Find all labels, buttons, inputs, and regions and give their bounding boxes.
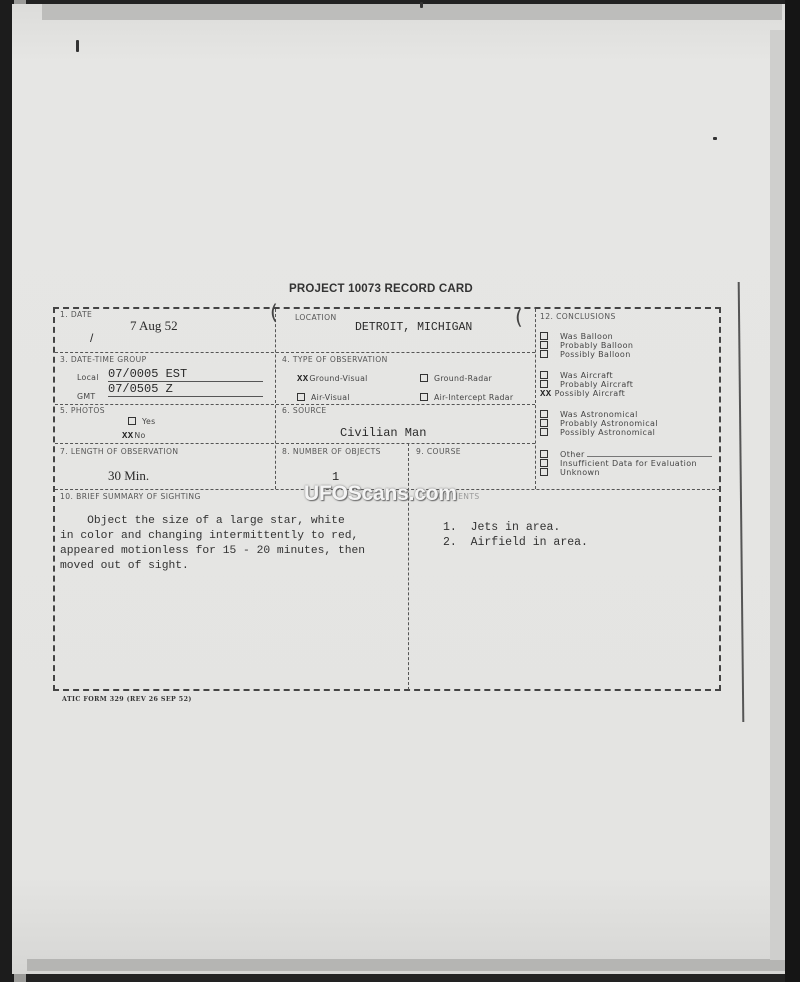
- card-title: PROJECT 10073 RECORD CARD: [289, 283, 473, 295]
- number-of-objects-label: 8. NUMBER OF OBJECTS: [282, 447, 381, 456]
- conclusion-possibly-balloon[interactable]: Possibly Balloon: [540, 350, 631, 359]
- option-air-intercept-radar[interactable]: Air-Intercept Radar: [420, 393, 513, 402]
- local-time-label: Local: [77, 373, 99, 382]
- checkbox-icon: [540, 459, 548, 467]
- checkbox-icon: [540, 410, 548, 418]
- observation-type-label: 4. TYPE OF OBSERVATION: [282, 355, 388, 364]
- conclusion-was-aircraft[interactable]: Was Aircraft: [540, 371, 613, 380]
- checkbox-icon: [540, 341, 548, 349]
- gmt-time-label: GMT: [77, 392, 95, 401]
- location-label: LOCATION: [295, 313, 337, 322]
- conclusion-possibly-aircraft[interactable]: XXPossibly Aircraft: [540, 389, 625, 399]
- option-photos-no[interactable]: XXNo: [122, 431, 146, 441]
- gmt-time-value: 07/0505 Z: [108, 382, 263, 397]
- scan-right-shadow: [770, 30, 785, 960]
- checkbox-icon: [420, 393, 428, 401]
- checkbox-icon: [540, 380, 548, 388]
- checkbox-icon: [297, 393, 305, 401]
- checkbox-icon: [540, 450, 548, 458]
- check-mark: XX: [122, 431, 133, 441]
- comment-item: 1. Jets in area.: [443, 520, 588, 535]
- conclusion-possibly-astronomical[interactable]: Possibly Astronomical: [540, 428, 655, 437]
- source-value: Civilian Man: [340, 426, 426, 440]
- length-value: 30 Min.: [108, 468, 149, 484]
- punch-hole-mark: (: [270, 300, 278, 324]
- checkbox-icon: [128, 417, 136, 425]
- scan-speck: [713, 137, 717, 140]
- location-value: DETROIT, MICHIGAN: [355, 321, 472, 334]
- checkbox-icon: [420, 374, 428, 382]
- conclusions-label: 12. CONCLUSIONS: [540, 312, 616, 321]
- conclusion-probably-astronomical[interactable]: Probably Astronomical: [540, 419, 658, 428]
- conclusion-other[interactable]: Other: [540, 450, 712, 459]
- option-ground-visual[interactable]: XXGround-Visual: [297, 374, 368, 384]
- other-blank-line: [587, 456, 712, 457]
- checkbox-icon: [540, 419, 548, 427]
- check-mark: XX: [540, 389, 552, 399]
- option-ground-radar[interactable]: Ground-Radar: [420, 374, 492, 383]
- conclusion-was-balloon[interactable]: Was Balloon: [540, 332, 613, 341]
- row-divider: [55, 352, 535, 353]
- column-divider: [408, 443, 409, 690]
- summary-text: Object the size of a large star, white i…: [60, 514, 405, 574]
- checkbox-icon: [540, 332, 548, 340]
- checkbox-icon: [540, 371, 548, 379]
- date-value: 7 Aug 52: [130, 318, 178, 334]
- check-mark: XX: [297, 374, 308, 384]
- option-photos-yes[interactable]: Yes: [128, 417, 156, 426]
- date-time-group-label: 3. DATE-TIME GROUP: [60, 355, 147, 364]
- watermark: UFOScans.com: [304, 482, 457, 506]
- course-label: 9. COURSE: [416, 447, 461, 456]
- date-mark: /: [90, 331, 93, 345]
- local-time-value: 07/0005 EST: [108, 367, 263, 382]
- form-number: ATIC FORM 329 (REV 26 SEP 52): [62, 696, 192, 703]
- column-divider: [275, 309, 276, 489]
- conclusion-probably-aircraft[interactable]: Probably Aircraft: [540, 380, 633, 389]
- conclusion-insufficient-data[interactable]: Insufficient Data for Evaluation: [540, 459, 697, 468]
- checkbox-icon: [540, 468, 548, 476]
- punch-hole-mark: (: [515, 305, 523, 329]
- conclusion-unknown[interactable]: Unknown: [540, 468, 600, 477]
- photos-label: 5. PHOTOS: [60, 406, 105, 415]
- column-divider: [535, 309, 536, 489]
- date-label: 1. DATE: [60, 310, 92, 319]
- conclusion-probably-balloon[interactable]: Probably Balloon: [540, 341, 633, 350]
- checkbox-icon: [540, 350, 548, 358]
- scan-right-edge: [785, 0, 800, 982]
- source-label: 6. SOURCE: [282, 406, 327, 415]
- length-label: 7. LENGTH OF OBSERVATION: [60, 447, 178, 456]
- scan-top-shadow: [42, 4, 782, 20]
- scan-bottom-shadow: [27, 959, 787, 971]
- row-divider: [55, 443, 535, 444]
- conclusion-was-astronomical[interactable]: Was Astronomical: [540, 410, 638, 419]
- comment-item: 2. Airfield in area.: [443, 535, 588, 550]
- summary-label: 10. BRIEF SUMMARY OF SIGHTING: [60, 492, 201, 501]
- scan-speck: [420, 2, 423, 8]
- checkbox-icon: [540, 428, 548, 436]
- comments-list: 1. Jets in area. 2. Airfield in area.: [443, 520, 588, 550]
- row-divider: [55, 404, 535, 405]
- option-air-visual[interactable]: Air-Visual: [297, 393, 350, 402]
- scan-speck: [76, 40, 79, 52]
